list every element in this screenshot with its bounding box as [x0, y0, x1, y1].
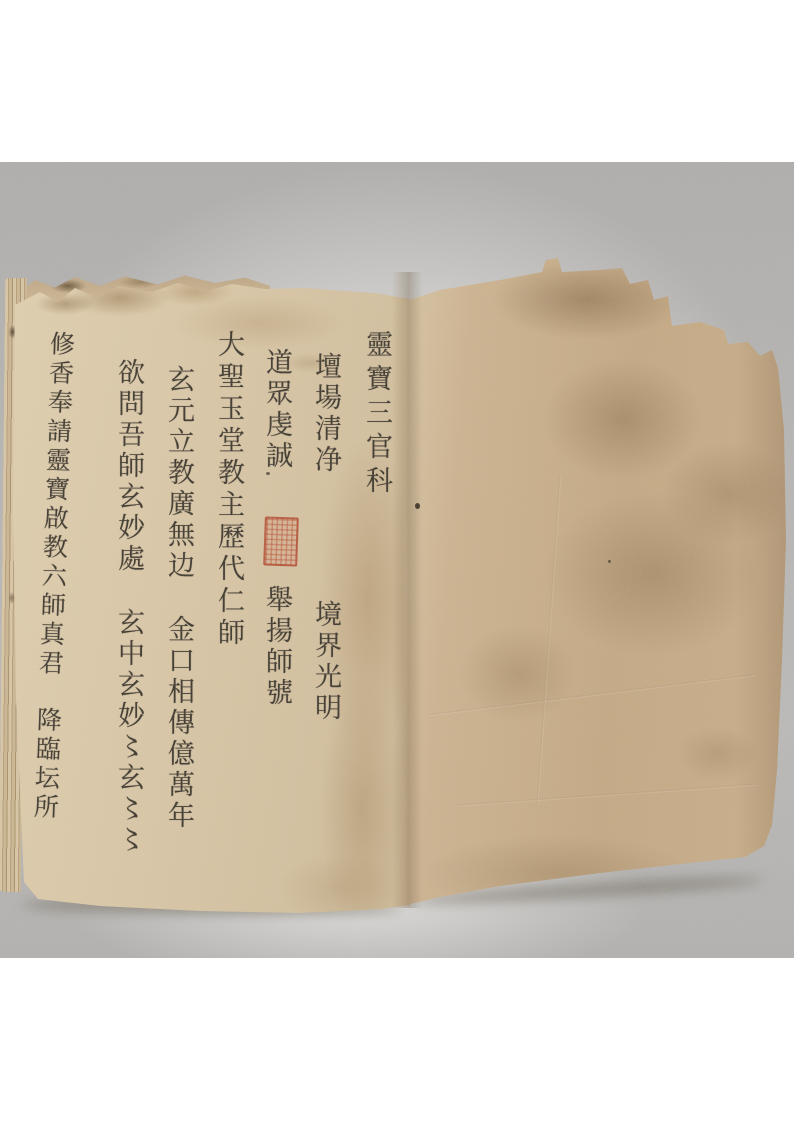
phrase: 玄元立教廣無边 — [165, 365, 192, 582]
text-column-2: 壇場清净境界光明 — [303, 352, 339, 724]
text-column-5: 玄元立教廣無边金口相傳億萬年 — [156, 365, 192, 832]
text-column-3: 道眾虔誠舉揚師號 — [254, 348, 290, 709]
text-column-title: 靈寶三官科 — [354, 330, 390, 500]
phrase: 欲問吾師玄妙處 — [115, 358, 142, 575]
text-column-6: 欲問吾師玄妙處玄中玄妙〻玄〻〻 — [106, 358, 142, 856]
paper-crease — [536, 474, 561, 803]
text-column-4: 大聖玉堂教主歷代仁師 — [206, 330, 242, 650]
right-page — [398, 254, 790, 910]
phrase: 道眾虔誠 — [263, 348, 290, 472]
phrase: 降臨坛所 — [32, 706, 61, 823]
phrase: 金口相傳億萬年 — [165, 615, 192, 832]
phrase: 玄中玄妙〻玄〻〻 — [115, 608, 142, 856]
book-gutter-shadow — [392, 272, 422, 908]
phrase: 舉揚師號 — [263, 585, 290, 709]
ink-speck — [608, 560, 611, 563]
ink-speck — [415, 503, 420, 509]
phrase: 壇場清净 — [312, 352, 339, 476]
paper-crease — [458, 784, 757, 807]
phrase: 大聖玉堂教主歷代仁師 — [215, 330, 242, 650]
manuscript-photo: 靈寶三官科 壇場清净境界光明 道眾虔誠舉揚師號 大聖玉堂教主歷代仁師 玄元立教廣… — [0, 162, 794, 958]
phrase: 境界光明 — [312, 600, 339, 724]
phrase: 靈寶三官科 — [363, 330, 390, 500]
paper-crease — [429, 674, 757, 716]
